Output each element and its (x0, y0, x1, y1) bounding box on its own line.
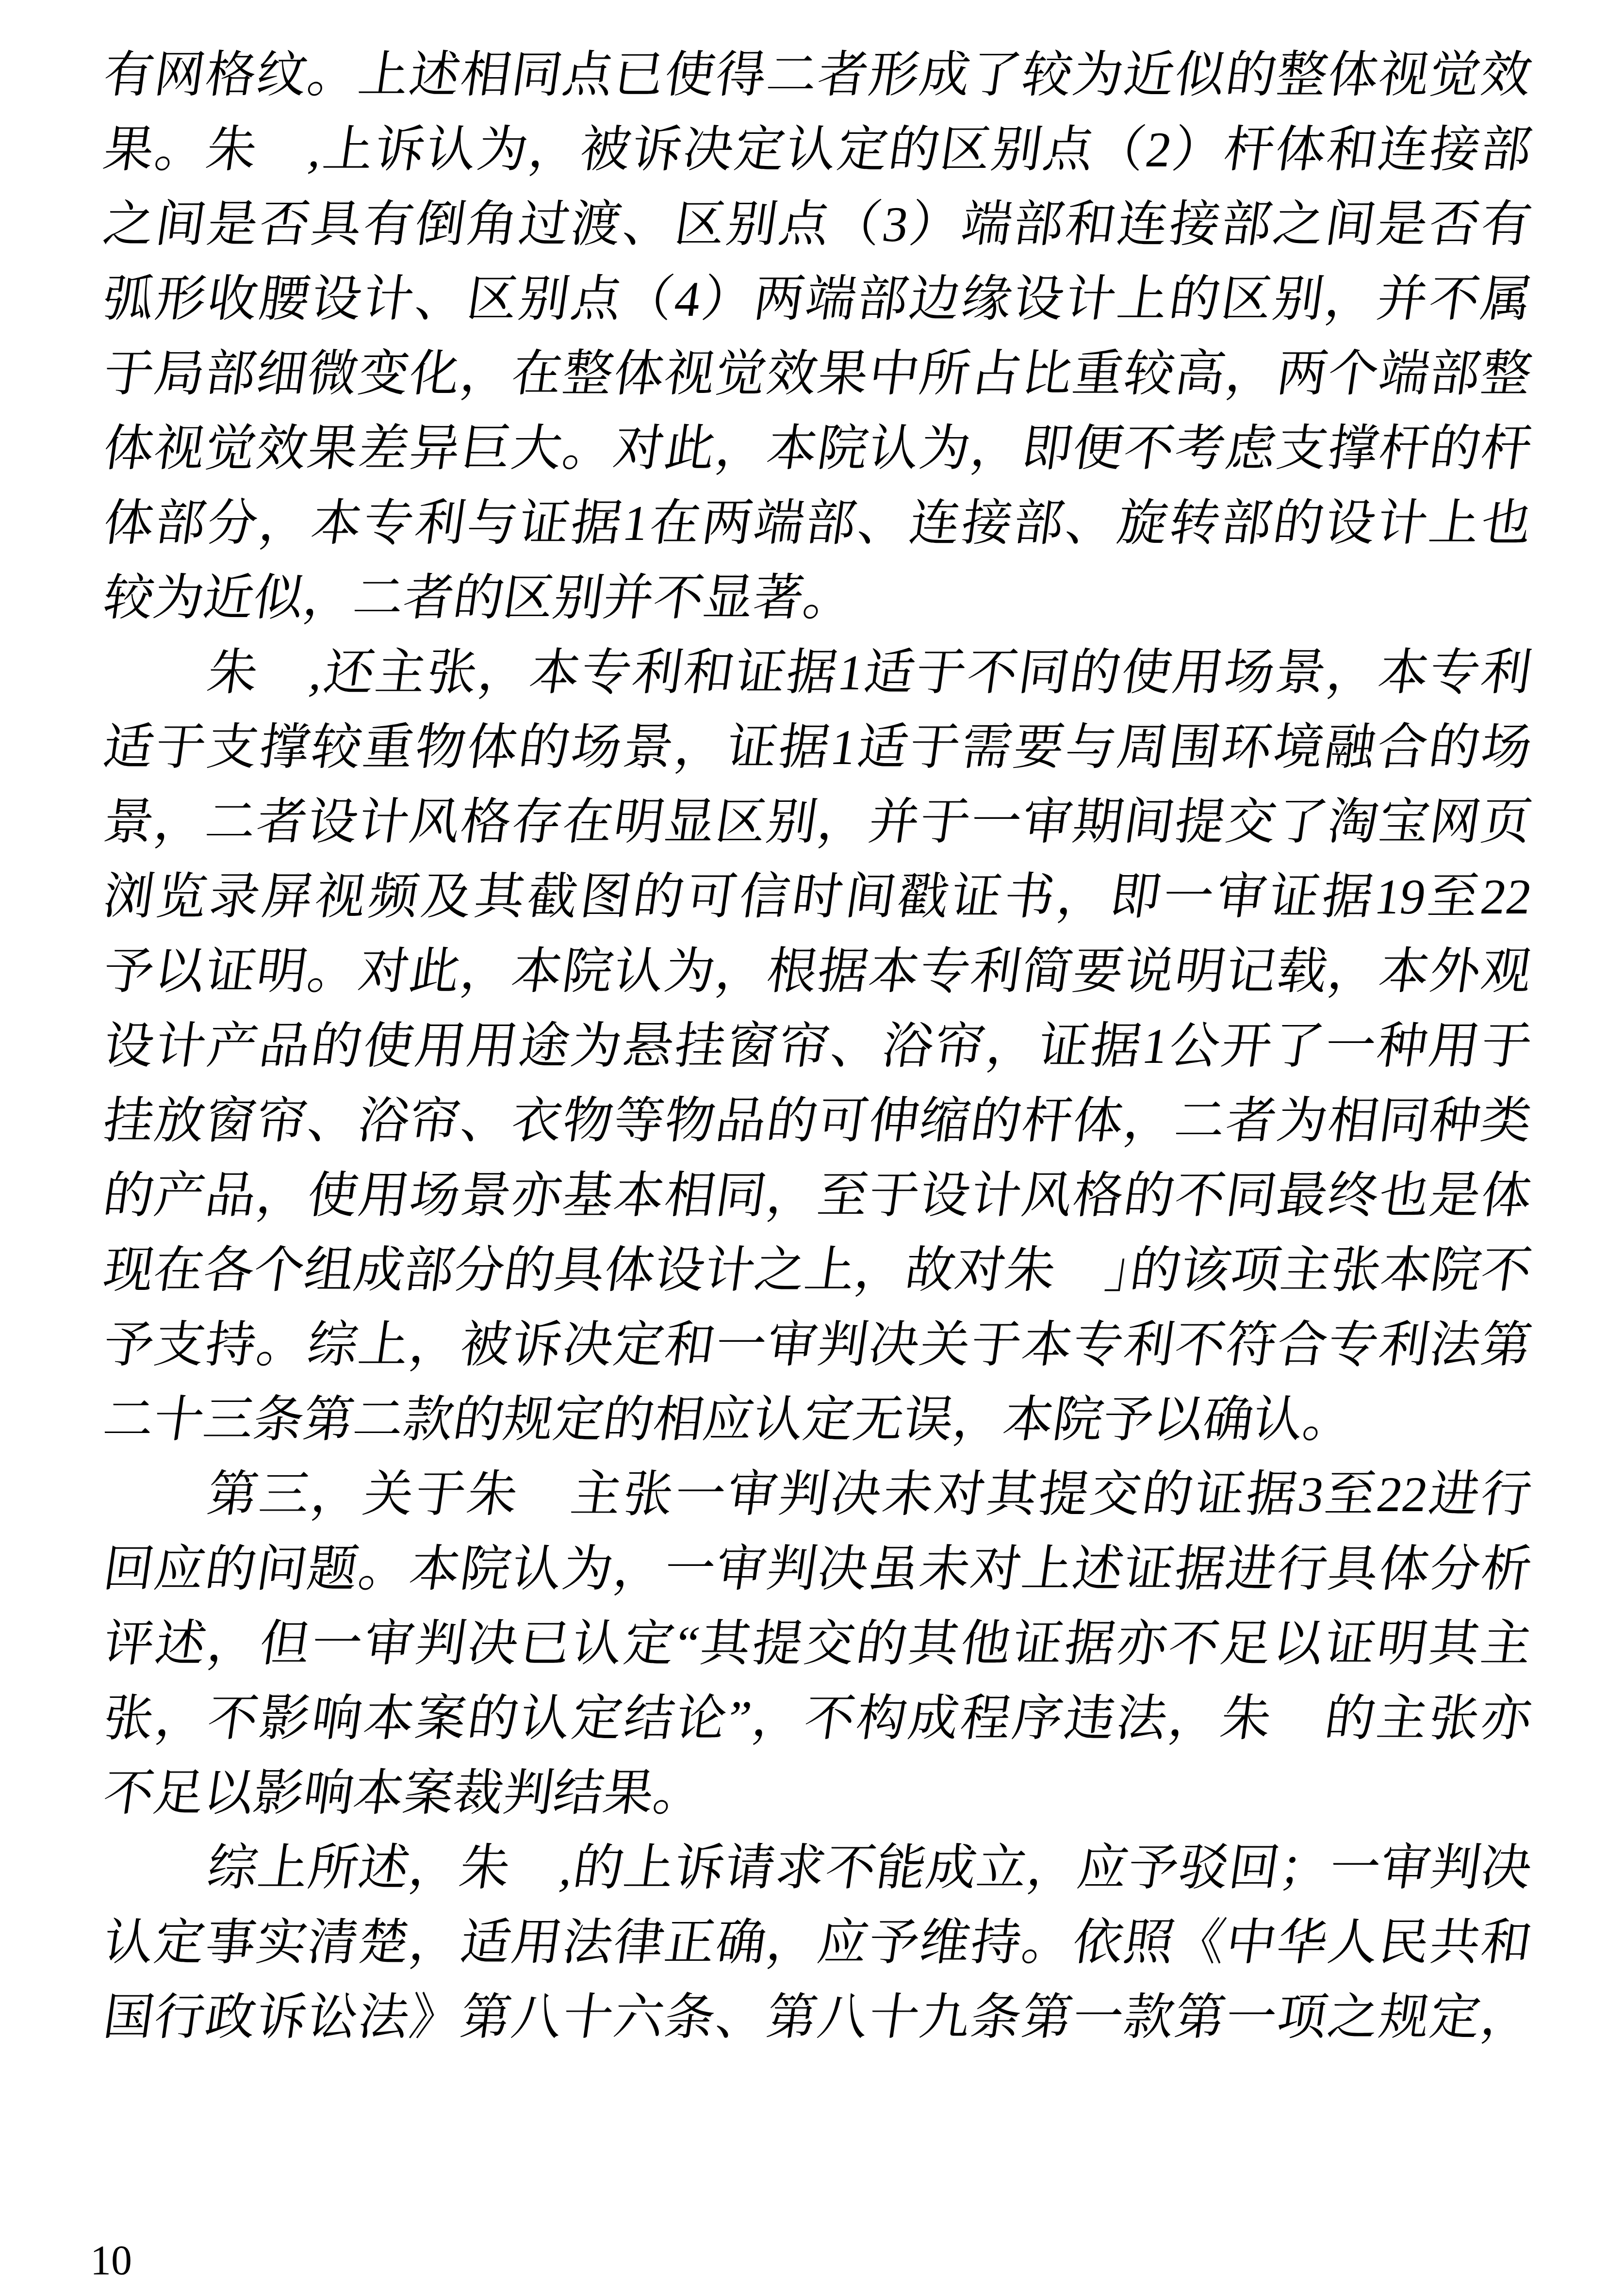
text-block: 有网格纹。上述相同点已使得二者形成了较为近似的整体视觉效果。朱 ,上诉认为，被诉… (104, 38, 1531, 2055)
text-line: 予支持。综上，被诉决定和一审判决关于本专利不符合专利法第 (98, 1308, 1537, 1383)
text-line: 有网格纹。上述相同点已使得二者形成了较为近似的整体视觉效 (98, 38, 1537, 113)
text-line: 较为近似，二者的区别并不显著。 (98, 561, 1537, 635)
text-line: 之间是否具有倒角过渡、区别点（3）端部和连接部之间是否有 (98, 187, 1537, 262)
text-line: 二十三条第二款的规定的相应认定无误，本院予以确认。 (98, 1383, 1537, 1457)
text-line: 设计产品的使用用途为悬挂窗帘、浴帘，证据1公开了一种用于 (98, 1009, 1537, 1084)
document-page: 有网格纹。上述相同点已使得二者形成了较为近似的整体视觉效果。朱 ,上诉认为，被诉… (0, 0, 1624, 2296)
text-line: 第三，关于朱 主张一审判决未对其提交的证据3至22进行 (98, 1457, 1537, 1532)
text-line: 认定事实清楚，适用法律正确，应予维持。依照《中华人民共和 (98, 1905, 1537, 1980)
text-line: 国行政诉讼法》第八十六条、第八十九条第一款第一项之规定， (98, 1980, 1537, 2055)
text-line: 回应的问题。本院认为，一审判决虽未对上述证据进行具体分析 (98, 1532, 1537, 1607)
text-line: 予以证明。对此，本院认为，根据本专利简要说明记载，本外观 (98, 934, 1537, 1009)
text-line: 的产品，使用场景亦基本相同，至于设计风格的不同最终也是体 (98, 1158, 1537, 1233)
text-line: 景，二者设计风格存在明显区别，并于一审期间提交了淘宝网页 (98, 785, 1537, 860)
text-line: 朱 ,还主张，本专利和证据1适于不同的使用场景，本专利 (98, 635, 1537, 710)
text-line: 浏览录屏视频及其截图的可信时间戳证书，即一审证据19至22 (98, 860, 1537, 934)
text-line: 于局部细微变化，在整体视觉效果中所占比重较高，两个端部整 (98, 337, 1537, 411)
text-line: 评述，但一审判决已认定“其提交的其他证据亦不足以证明其主 (98, 1607, 1537, 1681)
text-line: 体部分，本专利与证据1在两端部、连接部、旋转部的设计上也 (98, 486, 1537, 561)
page-number: 10 (90, 2237, 132, 2283)
text-line: 张，不影响本案的认定结论”，不构成程序违法，朱 的主张亦 (98, 1681, 1537, 1756)
text-line: 体视觉效果差异巨大。对此，本院认为，即便不考虑支撑杆的杆 (98, 411, 1537, 486)
text-line: 综上所述，朱 ,的上诉请求不能成立，应予驳回；一审判决 (98, 1831, 1537, 1905)
text-line: 适于支撑较重物体的场景，证据1适于需要与周围环境融合的场 (98, 710, 1537, 785)
text-line: 弧形收腰设计、区别点（4）两端部边缘设计上的区别，并不属 (98, 262, 1537, 337)
text-line: 果。朱 ,上诉认为，被诉决定认定的区别点（2）杆体和连接部 (98, 113, 1537, 187)
text-line: 现在各个组成部分的具体设计之上，故对朱 ｣的该项主张本院不 (98, 1233, 1537, 1308)
text-line: 挂放窗帘、浴帘、衣物等物品的可伸缩的杆体，二者为相同种类 (98, 1084, 1537, 1158)
text-line: 不足以影响本案裁判结果。 (98, 1756, 1537, 1831)
